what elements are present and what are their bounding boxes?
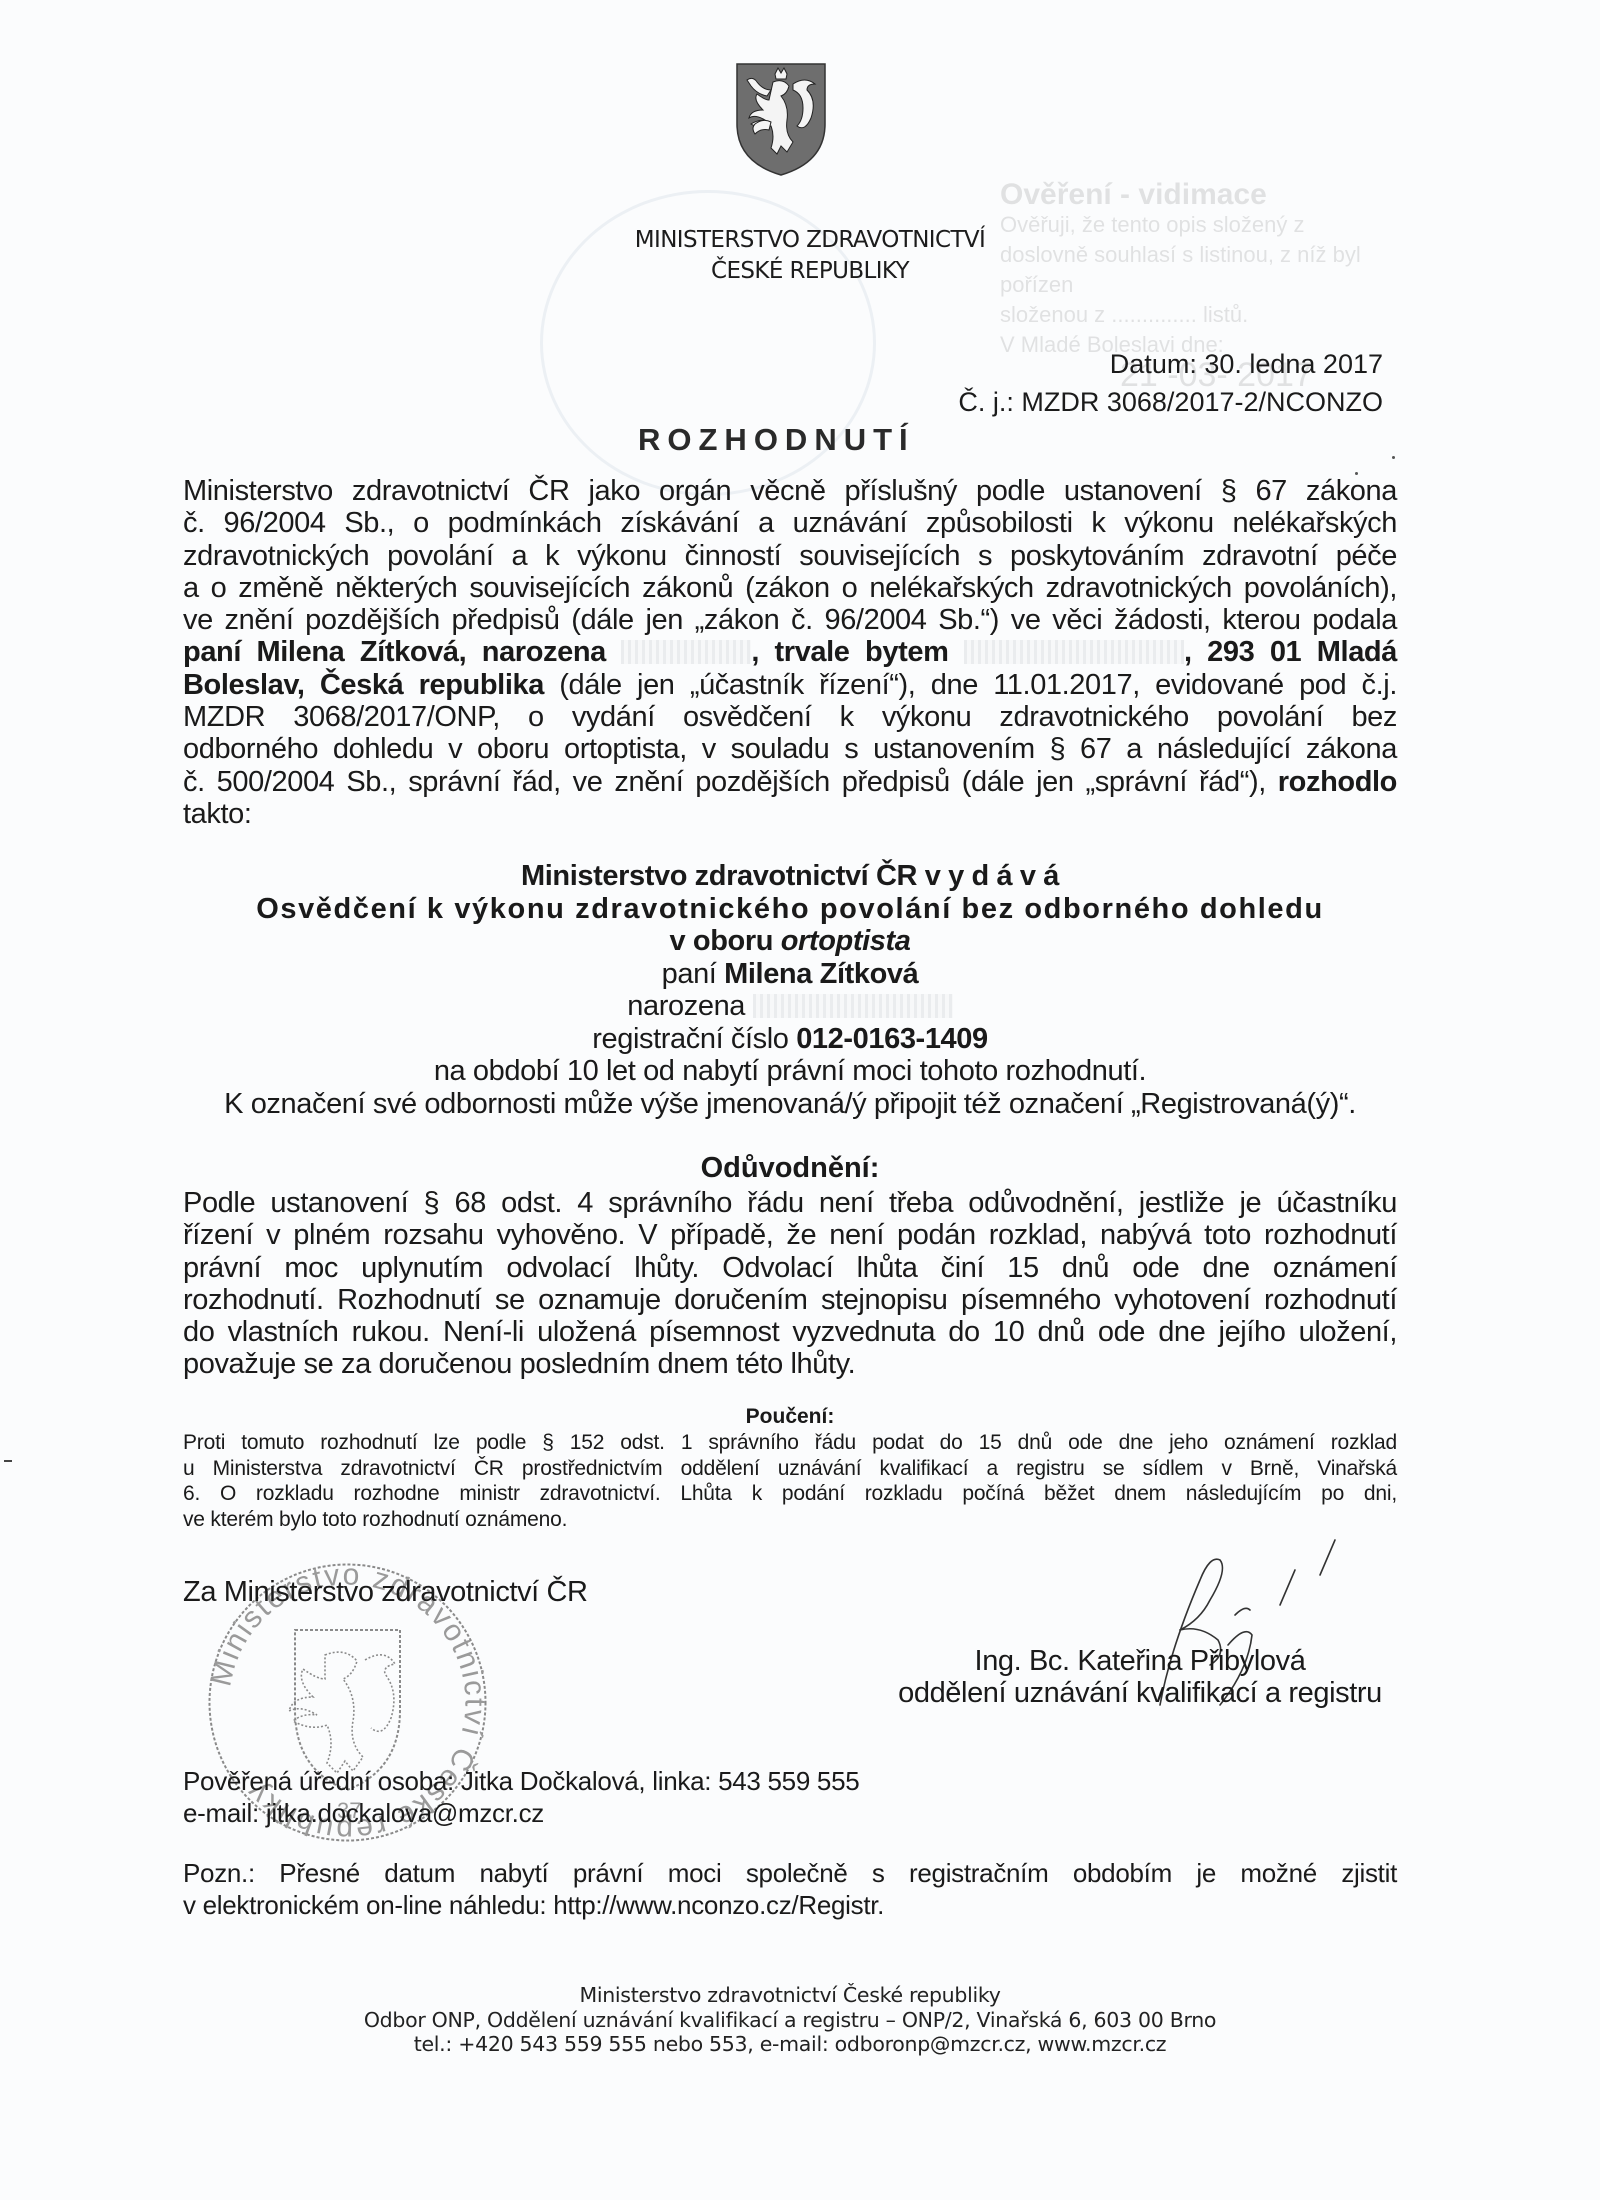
paragraph-line: Boleslav, Česká republika (dále jen „úča… (183, 669, 1397, 701)
born-label: narozena (627, 990, 752, 1022)
text-run: (dále jen „účastník řízení“), dne 11.01.… (544, 669, 1397, 701)
certificate-title: Osvědčení k výkonu zdravotnického povolá… (183, 893, 1397, 926)
text-run: č. 96/2004 Sb., o podmínkách získávání a… (183, 507, 1397, 539)
signer-block: Ing. Bc. Kateřina Přibylová oddělení uzn… (860, 1645, 1420, 1709)
bleed-line: Ověření - vidimace (1000, 180, 1420, 210)
footer-line3: tel.: +420 543 559 555 nebo 553, e-mail:… (280, 2032, 1300, 2057)
registration-line: registrační číslo 012-0163-1409 (183, 1023, 1397, 1056)
instruction-paragraph: Proti tomuto rozhodnutí lze podle § 152 … (183, 1430, 1397, 1532)
document-date: Datum: 30. ledna 2017 (958, 345, 1383, 383)
on-behalf-label: Za Ministerstvo zdravotnictví ČR (183, 1576, 588, 1609)
text-run: Boleslav, Česká republika (183, 669, 544, 701)
text-run: odborného dohledu v oboru ortoptista, v … (183, 733, 1397, 765)
reference-number: Č. j.: MZDR 3068/2017-2/NCONZO (958, 383, 1383, 421)
paragraph-line: Podle ustanovení § 68 odst. 4 správního … (183, 1187, 1397, 1219)
text-run: rozhodlo (1278, 766, 1397, 798)
ministry-name-line1: MINISTERSTVO ZDRAVOTNICTVÍ (560, 225, 1060, 256)
text-run: MZDR 3068/2017/ONP, o vydání osvědčení k… (183, 701, 1397, 733)
text-run: paní Milena Zítková, narozena (183, 636, 621, 668)
contact-block: Pověřená úřední osoba: Jitka Dočkalová, … (183, 1765, 859, 1829)
text-run: č. 500/2004 Sb., správní řád, ve znění p… (183, 766, 1278, 798)
paragraph-line: řízení v plném rozsahu vyhověno. V přípa… (183, 1219, 1397, 1251)
paragraph-line: považuje se za doručenou posledním dnem … (183, 1348, 1397, 1380)
paragraph-line: zdravotnických povolání a k výkonu činno… (183, 540, 1397, 572)
ministry-letterhead: MINISTERSTVO ZDRAVOTNICTVÍ ČESKÉ REPUBLI… (560, 225, 1060, 287)
certificate-title-text: Osvědčení k výkonu zdravotnického povolá… (256, 893, 1324, 925)
field-value: ortoptista (781, 925, 911, 957)
official-email-line: e-mail: jitka.dockalova@mzcr.cz (183, 1797, 859, 1829)
footer-line1: Ministerstvo zdravotnictví České republi… (280, 1983, 1300, 2008)
scan-speck (1355, 472, 1358, 475)
text-run: , 293 01 Mladá (1184, 636, 1397, 668)
text-run: zdravotnických povolání a k výkonu činno… (183, 540, 1397, 572)
paragraph-line: Pozn.: Přesné datum nabytí právní moci s… (183, 1857, 1397, 1889)
signer-department: oddělení uznávání kvalifikací a registru (860, 1677, 1420, 1709)
holder-prefix: paní (662, 958, 725, 990)
paragraph-line: právní moc uplynutím odvolací lhůty. Odv… (183, 1252, 1397, 1284)
decision-issuer: Ministerstvo zdravotnictví ČR (521, 860, 925, 892)
paragraph-line: odborného dohledu v oboru ortoptista, v … (183, 733, 1397, 765)
document-title: ROZHODNUTÍ (638, 422, 915, 458)
paragraph-line: rozhodnutí. Rozhodnutí se oznamuje doruč… (183, 1284, 1397, 1316)
bleed-line: doslovně souhlasí s listinou, z níž byl … (1000, 240, 1420, 300)
ministry-name-line2: ČESKÉ REPUBLIKY (560, 256, 1060, 287)
decision-block: Ministerstvo zdravotnictví ČR v y d á v … (183, 860, 1397, 1120)
paragraph-line: do vlastních rukou. Není-li uložená píse… (183, 1316, 1397, 1348)
bleed-line: složenou z .............. listů. (1000, 300, 1420, 330)
paragraph-line: Ministerstvo zdravotnictví ČR jako orgán… (183, 475, 1397, 507)
paragraph-line: MZDR 3068/2017/ONP, o vydání osvědčení k… (183, 701, 1397, 733)
holder-line: paní Milena Zítková (183, 958, 1397, 991)
note-paragraph: Pozn.: Přesné datum nabytí právní moci s… (183, 1857, 1397, 1921)
paragraph-line: ve kterém bylo toto rozhodnutí oznámeno. (183, 1507, 1397, 1533)
text-run: a o změně některých souvisejících zákonů… (183, 572, 1397, 604)
intro-paragraph: Ministerstvo zdravotnictví ČR jako orgán… (183, 475, 1397, 830)
validity-line: na období 10 let od nabytí právní moci t… (183, 1055, 1397, 1088)
redacted-text (964, 640, 1184, 664)
decision-issuer-line: Ministerstvo zdravotnictví ČR v y d á v … (183, 860, 1397, 893)
official-person-line: Pověřená úřední osoba: Jitka Dočkalová, … (183, 1765, 859, 1797)
paragraph-line: takto: (183, 798, 1397, 830)
footer-line2: Odbor ONP, Oddělení uznávání kvalifikací… (280, 2008, 1300, 2033)
paragraph-line: č. 96/2004 Sb., o podmínkách získávání a… (183, 507, 1397, 539)
registration-number: 012-0163-1409 (796, 1023, 988, 1055)
bleed-line: Ověřuji, že tento opis složený z (1000, 210, 1420, 240)
born-line: narozena (183, 990, 1397, 1023)
field-prefix: v oboru (670, 925, 781, 957)
text-run: Ministerstvo zdravotnictví ČR jako orgán… (183, 475, 1397, 507)
page-footer: Ministerstvo zdravotnictví České republi… (280, 1983, 1300, 2057)
paragraph-line: č. 500/2004 Sb., správní řád, ve znění p… (183, 766, 1397, 798)
scan-speck (1392, 456, 1395, 459)
redacted-birth-info (753, 994, 953, 1018)
document-meta: Datum: 30. ledna 2017 Č. j.: MZDR 3068/2… (958, 345, 1383, 421)
paragraph-line: paní Milena Zítková, narozena , trvale b… (183, 636, 1397, 668)
paragraph-line: u Ministerstva zdravotnictví ČR prostřed… (183, 1456, 1397, 1482)
paragraph-line: Proti tomuto rozhodnutí lze podle § 152 … (183, 1430, 1397, 1456)
justification-paragraph: Podle ustanovení § 68 odst. 4 správního … (183, 1187, 1397, 1381)
text-run: takto: (183, 798, 252, 830)
paragraph-line: a o změně některých souvisejících zákonů… (183, 572, 1397, 604)
decision-verb: v y d á v á (925, 860, 1059, 892)
paragraph-line: ve znění pozdějších předpisů (dále jen „… (183, 604, 1397, 636)
redacted-text (621, 640, 751, 664)
signer-name: Ing. Bc. Kateřina Přibylová (860, 1645, 1420, 1677)
czech-coat-of-arms-icon (735, 62, 827, 177)
text-run: , trvale bytem (751, 636, 964, 668)
paragraph-line: 6. O rozkladu rozhodne ministr zdravotni… (183, 1481, 1397, 1507)
designation-note: K označení své odbornosti může výše jmen… (183, 1088, 1397, 1121)
holder-name: Milena Zítková (724, 958, 918, 990)
justification-heading: Odůvodnění: (183, 1152, 1397, 1185)
text-run: ve znění pozdějších předpisů (dále jen „… (183, 604, 1397, 636)
instruction-heading: Poučení: (183, 1405, 1397, 1429)
field-line: v oboru ortoptista (183, 925, 1397, 958)
scan-edge-mark (4, 1460, 12, 1462)
registration-label: registrační číslo (592, 1023, 796, 1055)
paragraph-line: v elektronickém on-line náhledu: http://… (183, 1889, 1397, 1921)
